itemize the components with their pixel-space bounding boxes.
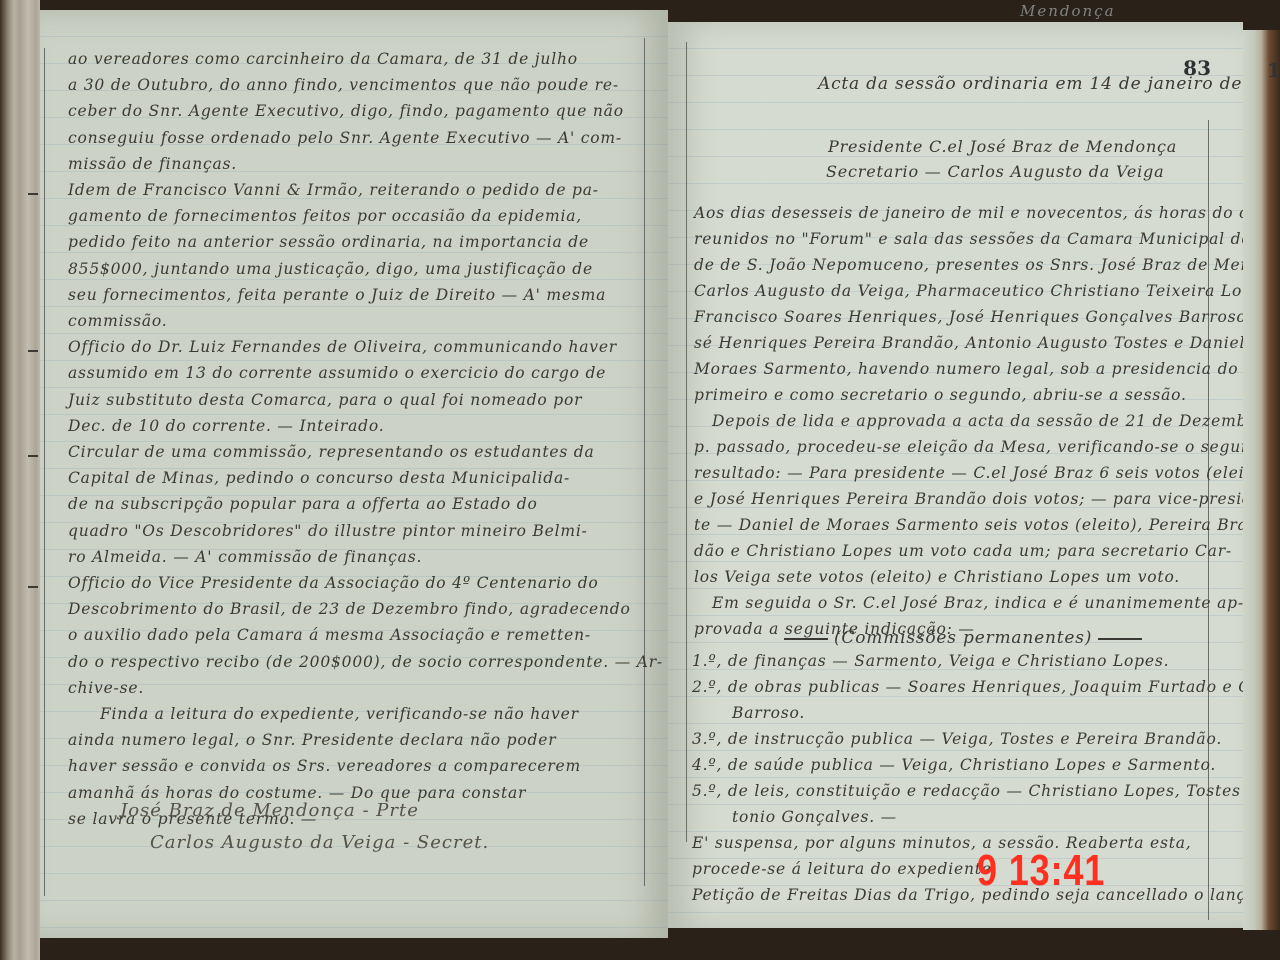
handwritten-line: Capital de Minas, pedindo o concurso des… [68, 469, 570, 487]
handwritten-line: 4.º, de saúde publica — Veiga, Christian… [692, 756, 1216, 774]
handwritten-line: Depois de lida e approvada a acta da ses… [712, 412, 1266, 430]
entry-dash-mark [28, 455, 38, 457]
handwritten-line: do o respectivo recibo (de 200$000), de … [68, 653, 663, 671]
handwritten-line: Moraes Sarmento, havendo numero legal, s… [694, 360, 1238, 378]
handwritten-line: dão e Christiano Lopes um voto cada um; … [694, 542, 1232, 560]
entry-dash-mark [28, 350, 38, 352]
handwritten-line: 855$000, juntando uma justicação, digo, … [68, 260, 593, 278]
handwritten-line: de na subscripção popular para a offerta… [68, 495, 538, 513]
handwritten-line: resultado: — Para presidente — C.el José… [694, 464, 1274, 482]
handwritten-line: primeiro e como secretario o segundo, ab… [694, 386, 1187, 404]
handwritten-line: Finda a leitura do expediente, verifican… [100, 705, 579, 723]
handwritten-line: Descobrimento do Brasil, de 23 de Dezemb… [68, 600, 631, 618]
handwritten-line: seu fornecimentos, feita perante o Juiz … [68, 286, 606, 304]
handwritten-line: gamento de fornecimentos feitos por occa… [68, 207, 582, 225]
handwritten-line: Carlos Augusto da Veiga, Pharmaceutico C… [694, 282, 1277, 300]
handwritten-line: ao vereadores como carcinheiro da Camara… [68, 50, 578, 68]
president-line: Presidente C.el José Braz de Mendonça [828, 137, 1177, 156]
right-page: Mendonça 83 Acta da sessão ordinaria em … [668, 22, 1243, 928]
handwritten-line: pedido feito na anterior sessão ordinari… [68, 233, 589, 251]
secretary-line: Secretario — Carlos Augusto da Veiga [826, 162, 1164, 181]
handwritten-line: amanhã ás horas do costume. — Do que par… [68, 784, 526, 802]
entry-dash-mark [28, 193, 38, 195]
handwritten-line: ainda numero legal, o Snr. Presidente de… [68, 731, 556, 749]
handwritten-line: Officio do Vice Presidente da Associação… [68, 574, 599, 592]
right-margin-rule [644, 38, 645, 886]
handwritten-line: e José Henriques Pereira Brandão dois vo… [694, 490, 1280, 508]
handwritten-line: Francisco Soares Henriques, José Henriqu… [694, 308, 1280, 326]
handwritten-line: ceber do Snr. Agente Executivo, digo, fi… [68, 102, 624, 120]
handwritten-line: Dec. de 10 do corrente. — Inteirado. [68, 417, 384, 435]
minutes-title: Acta da sessão ordinaria em 14 de janeir… [818, 74, 1280, 94]
ledger-book-photo: ao vereadores como carcinheiro da Camara… [0, 0, 1280, 960]
left-page: ao vereadores como carcinheiro da Camara… [40, 10, 668, 938]
committees-heading: (Commissões permanentes) [778, 628, 1148, 648]
book-left-page-edges [0, 0, 40, 960]
president-signature: José Braz de Mendonça - Prte [120, 800, 419, 821]
handwritten-line: E' suspensa, por alguns minutos, a sessã… [692, 834, 1192, 852]
handwritten-line: Aos dias desesseis de janeiro de mil e n… [694, 204, 1280, 222]
handwritten-line: de de S. João Nepomuceno, presentes os S… [694, 256, 1280, 274]
left-margin-rule [686, 42, 687, 842]
handwritten-line: quadro "Os Descobridores" do illustre pi… [68, 522, 588, 540]
handwritten-line: reunidos no "Forum" e sala das sessões d… [694, 230, 1280, 248]
handwritten-line: Barroso. [732, 704, 805, 722]
handwritten-line: Em seguida o Sr. C.el José Braz, indica … [712, 594, 1244, 612]
handwritten-line: los Veiga sete votos (eleito) e Christia… [694, 568, 1180, 586]
handwritten-line: Circular de uma commissão, representando… [68, 443, 595, 461]
handwritten-line: conseguiu fosse ordenado pelo Snr. Agent… [68, 129, 622, 147]
handwritten-line: Juiz substituto desta Comarca, para o qu… [68, 391, 582, 409]
secretary-signature: Carlos Augusto da Veiga - Secret. [150, 832, 489, 853]
entry-dash-mark [28, 586, 38, 588]
left-margin-rule [44, 48, 45, 896]
handwritten-line: Idem de Francisco Vanni & Irmão, reitera… [68, 181, 599, 199]
handwritten-line: 2.º, de obras publicas — Soares Henrique… [692, 678, 1280, 696]
handwritten-line: 1.º, de finanças — Sarmento, Veiga e Chr… [692, 652, 1169, 670]
handwritten-line: o auxilio dado pela Camara á mesma Assoc… [68, 626, 591, 644]
next-page-number: 1 [1267, 58, 1280, 82]
handwritten-line: procede-se á leitura do expediente [692, 860, 992, 878]
handwritten-line: ro Almeida. — A' commissão de finanças. [68, 548, 422, 566]
book-right-page-edges: 1 [1243, 30, 1280, 930]
handwritten-line: a 30 de Outubro, do anno findo, vencimen… [68, 76, 619, 94]
handwritten-line: sé Henriques Pereira Brandão, Antonio Au… [694, 334, 1272, 352]
handwritten-line: 5.º, de leis, constituição e redacção — … [692, 782, 1280, 800]
camera-timestamp: 9 13:41 [977, 846, 1105, 896]
handwritten-line: chive-se. [68, 679, 144, 697]
handwritten-line: commissão. [68, 312, 168, 330]
handwritten-line: assumido em 13 do corrente assumido o ex… [68, 364, 606, 382]
handwritten-line: p. passado, procedeu-se eleição da Mesa,… [694, 438, 1275, 456]
handwritten-line: tonio Gonçalves. — [732, 808, 897, 826]
handwritten-line: Officio do Dr. Luiz Fernandes de Oliveir… [68, 338, 617, 356]
pencil-note: Mendonça [1020, 2, 1116, 20]
handwritten-line: te — Daniel de Moraes Sarmento seis voto… [694, 516, 1265, 534]
handwritten-line: 3.º, de instrucção publica — Veiga, Tost… [692, 730, 1222, 748]
handwritten-line: haver sessão e convida os Srs. vereadore… [68, 757, 581, 775]
handwritten-line: missão de finanças. [68, 155, 237, 173]
